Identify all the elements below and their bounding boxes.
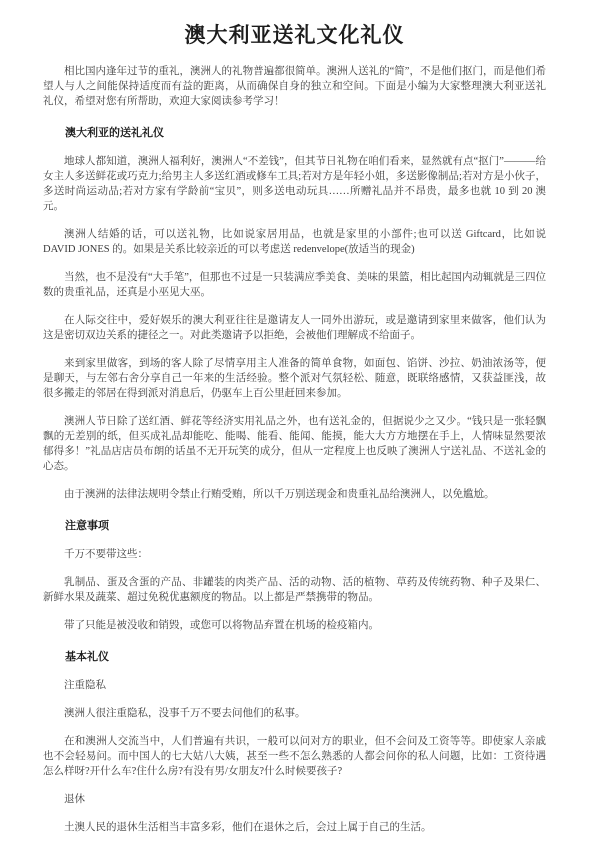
subheading-retirement: 退休 (43, 792, 546, 807)
paragraph-bribery-law: 由于澳洲的法律法规明令禁止行贿受贿，所以千万别送现金和贵重礼品给澳洲人，以免尴尬… (43, 487, 546, 502)
document-page: 澳大利亚送礼文化礼仪 相比国内逢年过节的重礼，澳洲人的礼物普遍都很简单。澳洲人送… (0, 0, 600, 849)
intro-paragraph: 相比国内逢年过节的重礼，澳洲人的礼物普遍都很简单。澳洲人送礼的“简”，不是他们抠… (43, 64, 546, 109)
section-heading-notes: 注意事项 (43, 519, 546, 534)
paragraph-gift-habits: 地球人都知道，澳洲人福利好，澳洲人“不差钱”，但其节日礼物在咱们看来，显然就有点… (43, 154, 546, 214)
paragraph-cash-vs-gifts: 澳洲人节日除了送红酒、鲜花等经济实用礼品之外，也有送礼金的，但据说少之又少。“钱… (43, 414, 546, 474)
paragraph-confiscation: 带了只能是被没收和销毁，或您可以将物品弃置在机场的检疫箱内。 (43, 618, 546, 633)
section-heading-basic-etiquette: 基本礼仪 (43, 650, 546, 665)
paragraph-privacy-note: 澳洲人很注重隐私，没事千万不要去问他们的私事。 (43, 706, 546, 721)
paragraph-house-party: 来到家里做客，到场的客人除了尽情享用主人准备的简单食物，如面包、馅饼、沙拉、奶油… (43, 356, 546, 401)
page-title: 澳大利亚送礼文化礼仪 (43, 22, 546, 48)
paragraph-wedding-gifts: 澳洲人结婚的话，可以送礼物，比如说家居用品，也就是家里的小部件;也可以送 Gif… (43, 227, 546, 257)
paragraph-social-invitations: 在人际交往中，爱好娱乐的澳大利亚往往是邀请友人一同外出游玩，或是邀请到家里来做客… (43, 313, 546, 343)
section-heading-gift-etiquette: 澳大利亚的送礼礼仪 (43, 126, 546, 141)
paragraph-banned-items: 乳制品、蛋及含蛋的产品、非罐装的肉类产品、活的动物、活的植物、草药及传统药物、种… (43, 575, 546, 605)
paragraph-big-spending: 当然，也不是没有“大手笔”，但那也不过是一只装满应季美食、美味的果篮，相比起国内… (43, 270, 546, 300)
subheading-do-not-bring: 千万不要带这些： (43, 547, 546, 562)
subheading-privacy: 注重隐私 (43, 678, 546, 693)
paragraph-retirement-life: 土澳人民的退休生活相当丰富多彩，他们在退休之后，会过上属于自己的生活。 (43, 820, 546, 835)
paragraph-private-questions: 在和澳洲人交流当中，人们普遍有共识，一般可以问对方的职业，但不会问及工资等等。即… (43, 734, 546, 779)
